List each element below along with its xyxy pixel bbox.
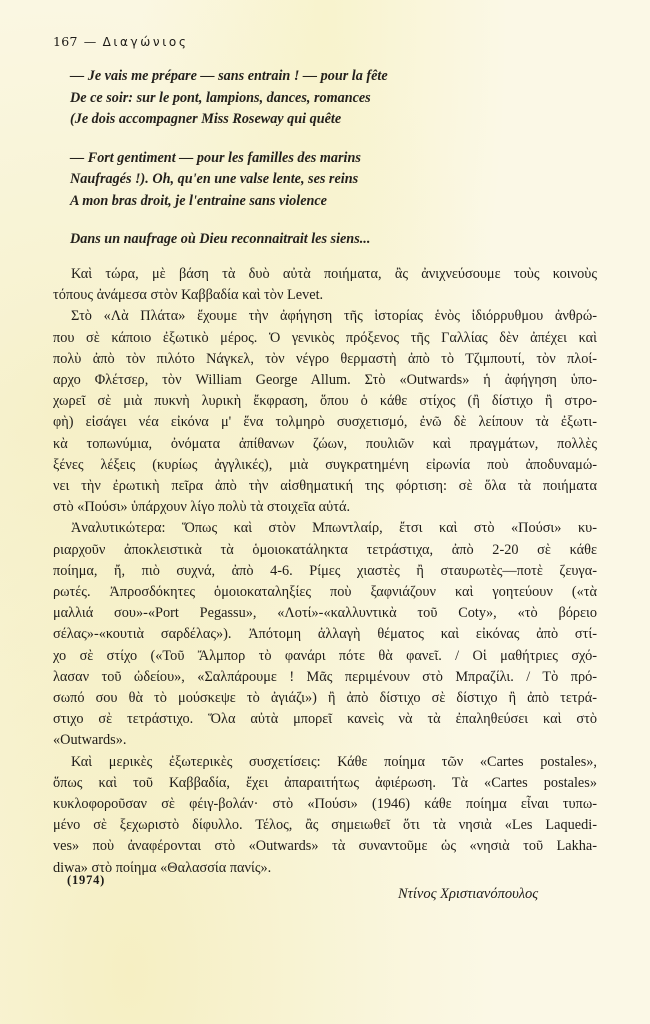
text-line: «Outwards». (53, 730, 597, 751)
text-line: diwa» στὸ ποίημα «Θαλασσία πανίς». (53, 858, 597, 879)
quoted-poem: — Je vais me prépare — sans entrain ! — … (70, 66, 388, 251)
text-line: χωρεῖ σὲ μιὰ πυκνὴ λυρικὴ ἔκφραση, ὅπου … (53, 391, 597, 412)
text-line: κὰ τοπωνύμια, ὀνόματα ἀπίθανων ζώων, που… (53, 434, 597, 455)
page-number: 167 (53, 34, 78, 49)
header-separator: — (84, 34, 97, 49)
text-line: λασαν τοῦ ὠδείου», «Σαλπάρουμε ! Μᾶς περ… (53, 667, 597, 688)
text-line: πολὺ ἀπὸ τὸν πιλότο Νάγκελ, τὸν νέγρο θε… (53, 349, 597, 370)
text-line: ves» ποὺ ἀναφέρονται στὸ «Outwards» τὰ σ… (53, 836, 597, 857)
text-line: που σὲ κάποιο ἐξωτικὸ μέρος. Ὁ γενικὸς π… (53, 328, 597, 349)
poem-line: Naufragés !). Oh, qu'en une valse lente,… (70, 169, 388, 191)
text-line: ὅπως καὶ τοῦ Καββαδία, ἔχει ἀπαραιτήτως … (53, 773, 597, 794)
text-line: χο σὲ στίχο («Τοῦ Ἄλμπορ τὸ φανάρι πότε … (53, 646, 597, 667)
text-line: σέλας»-«κουτιὰ σαρδέλας»). Ἀπότομη ἀλλαγ… (53, 624, 597, 645)
publication-date: (1974) (67, 873, 105, 888)
poem-stanza: — Fort gentiment — pour les familles des… (70, 148, 388, 213)
poem-stanza: — Je vais me prépare — sans entrain ! — … (70, 66, 388, 131)
text-line: Καὶ τώρα, μὲ βάση τὰ δυὸ αὐτὰ ποιήματα, … (53, 264, 597, 285)
text-line: αρχο Φλέτσερ, τὸν William George Allum. … (53, 370, 597, 391)
poem-line: (Je dois accompagner Miss Roseway qui qu… (70, 109, 388, 131)
poem-stanza: Dans un naufrage où Dieu reconnaitrait l… (70, 229, 388, 251)
poem-line: A mon bras droit, je l'entraine sans vio… (70, 191, 388, 213)
text-line: ξένες λέξεις (κυρίως ἀγγλικές), μιὰ συγκ… (53, 455, 597, 476)
text-line: στὸ «Πούσι» ὑπάρχουν λίγο πολὺ τὰ στοιχε… (53, 497, 597, 518)
text-line: φὴ) εἰσάγει νέα εἰκόνα μ' ἕνα τολμηρὸ συ… (53, 412, 597, 433)
journal-title: Διαγώνιος (103, 35, 189, 49)
body-text: Καὶ τώρα, μὲ βάση τὰ δυὸ αὐτὰ ποιήματα, … (53, 264, 597, 879)
text-line: ρωτές. Ἀπροσδόκητες ὁμοιοκαταληξίες ποὺ … (53, 582, 597, 603)
poem-line: De ce soir: sur le pont, lampions, dance… (70, 88, 388, 110)
text-line: σωπό σου θὰ τὸ μούσκεψε τὸ ἀγιάζι») ἢ ἀπ… (53, 688, 597, 709)
text-line: Στὸ «Λὰ Πλάτα» ἔχουμε τὴν ἀφήγηση τῆς ἱσ… (53, 306, 597, 327)
poem-line: — Fort gentiment — pour les familles des… (70, 148, 388, 170)
text-line: τόπους ἀνάμεσα στὸν Καββαδία καὶ τὸν Lev… (53, 285, 597, 306)
text-line: μαλλιά σου»-«Port Pegassu», «Λοτί»-«καλλ… (53, 603, 597, 624)
poem-line: — Je vais me prépare — sans entrain ! — … (70, 66, 388, 88)
author-signature: Ντίνος Χριστιανόπουλος (398, 886, 538, 903)
text-line: Καὶ μερικὲς ἐξωτερικὲς συσχετίσεις: Κάθε… (53, 752, 597, 773)
poem-line: Dans un naufrage où Dieu reconnaitrait l… (70, 229, 388, 251)
text-line: στιχο σὲ τετράστιχο. Ὅλα αὐτὰ μπορεῖ καν… (53, 709, 597, 730)
running-header: 167—Διαγώνιος (53, 34, 188, 49)
text-line: κυκλοφοροῦσαν σὲ φέιγ-βολάν· στὸ «Πούσι»… (53, 794, 597, 815)
text-line: μένο σὲ ξεχωριστὸ δίφυλλο. Τέλος, ἂς σημ… (53, 815, 597, 836)
text-line: νει τὴν ἐρωτικὴ πεῖρα ἀπὸ τὴν αἰσθηματικ… (53, 476, 597, 497)
text-line: Ἀναλυτικώτερα: Ὅπως καὶ στὸν Μπωντλαίρ, … (53, 518, 597, 539)
text-line: ποίημα, ἤ, πιὸ συχνά, ἀπὸ 4-6. Ρίμες χια… (53, 561, 597, 582)
text-line: ριαρχοῦν ἀποκλειστικὰ τὰ ὁμοιοκατάληκτα … (53, 540, 597, 561)
